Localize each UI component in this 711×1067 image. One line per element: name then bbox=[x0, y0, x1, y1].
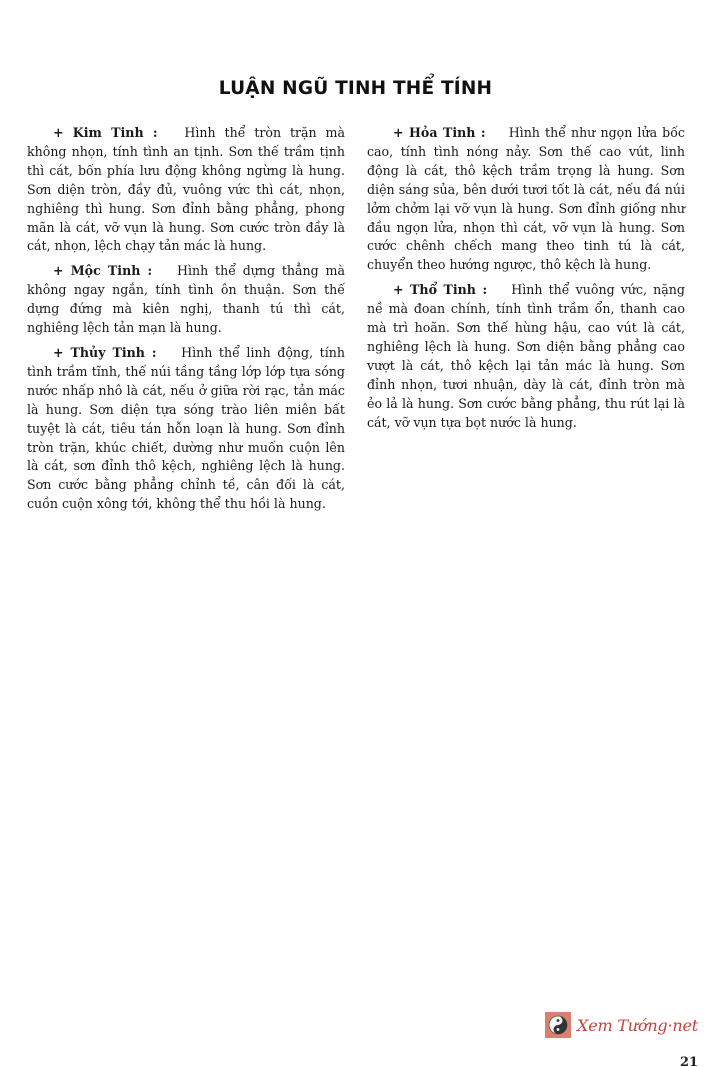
entry-body: Hình thể linh động, tính tình trầm tĩnh,… bbox=[27, 345, 345, 511]
entry-body: Hình thể tròn trặn mà không nhọn, tính t… bbox=[27, 125, 345, 253]
entry-hoa-tinh: + Hỏa Tinh : Hình thể như ngọn lửa bốc c… bbox=[367, 124, 685, 275]
entry-moc-tinh: + Mộc Tinh : Hình thể dựng thẳng mà khôn… bbox=[27, 262, 345, 338]
entry-tho-tinh: + Thổ Tinh : Hình thể vuông vức, nặng nề… bbox=[367, 281, 685, 432]
page-title: LUẬN NGŨ TINH THỂ TÍNH bbox=[0, 78, 711, 99]
entry-thuy-tinh: + Thủy Tinh : Hình thể linh động, tính t… bbox=[27, 344, 345, 514]
watermark-text: Xem Tướng·net bbox=[577, 1016, 698, 1035]
left-column: + Kim Tinh : Hình thể tròn trặn mà không… bbox=[27, 124, 345, 520]
entry-body: Hình thể như ngọn lửa bốc cao, tính tình… bbox=[367, 125, 685, 272]
entry-heading: + Thủy Tinh : bbox=[53, 345, 157, 360]
entry-body: Hình thể vuông vức, nặng nề mà đoan chín… bbox=[367, 282, 685, 429]
yin-yang-icon bbox=[545, 1012, 571, 1038]
entry-heading: + Hỏa Tinh : bbox=[393, 125, 486, 140]
watermark-logo: Xem Tướng·net bbox=[545, 1012, 698, 1038]
page-number: 21 bbox=[680, 1055, 698, 1067]
entry-heading: + Thổ Tinh : bbox=[393, 282, 487, 297]
entry-heading: + Kim Tinh : bbox=[53, 125, 158, 140]
entry-heading: + Mộc Tinh : bbox=[53, 263, 152, 278]
entry-kim-tinh: + Kim Tinh : Hình thể tròn trặn mà không… bbox=[27, 124, 345, 256]
right-column: + Hỏa Tinh : Hình thể như ngọn lửa bốc c… bbox=[367, 124, 685, 439]
